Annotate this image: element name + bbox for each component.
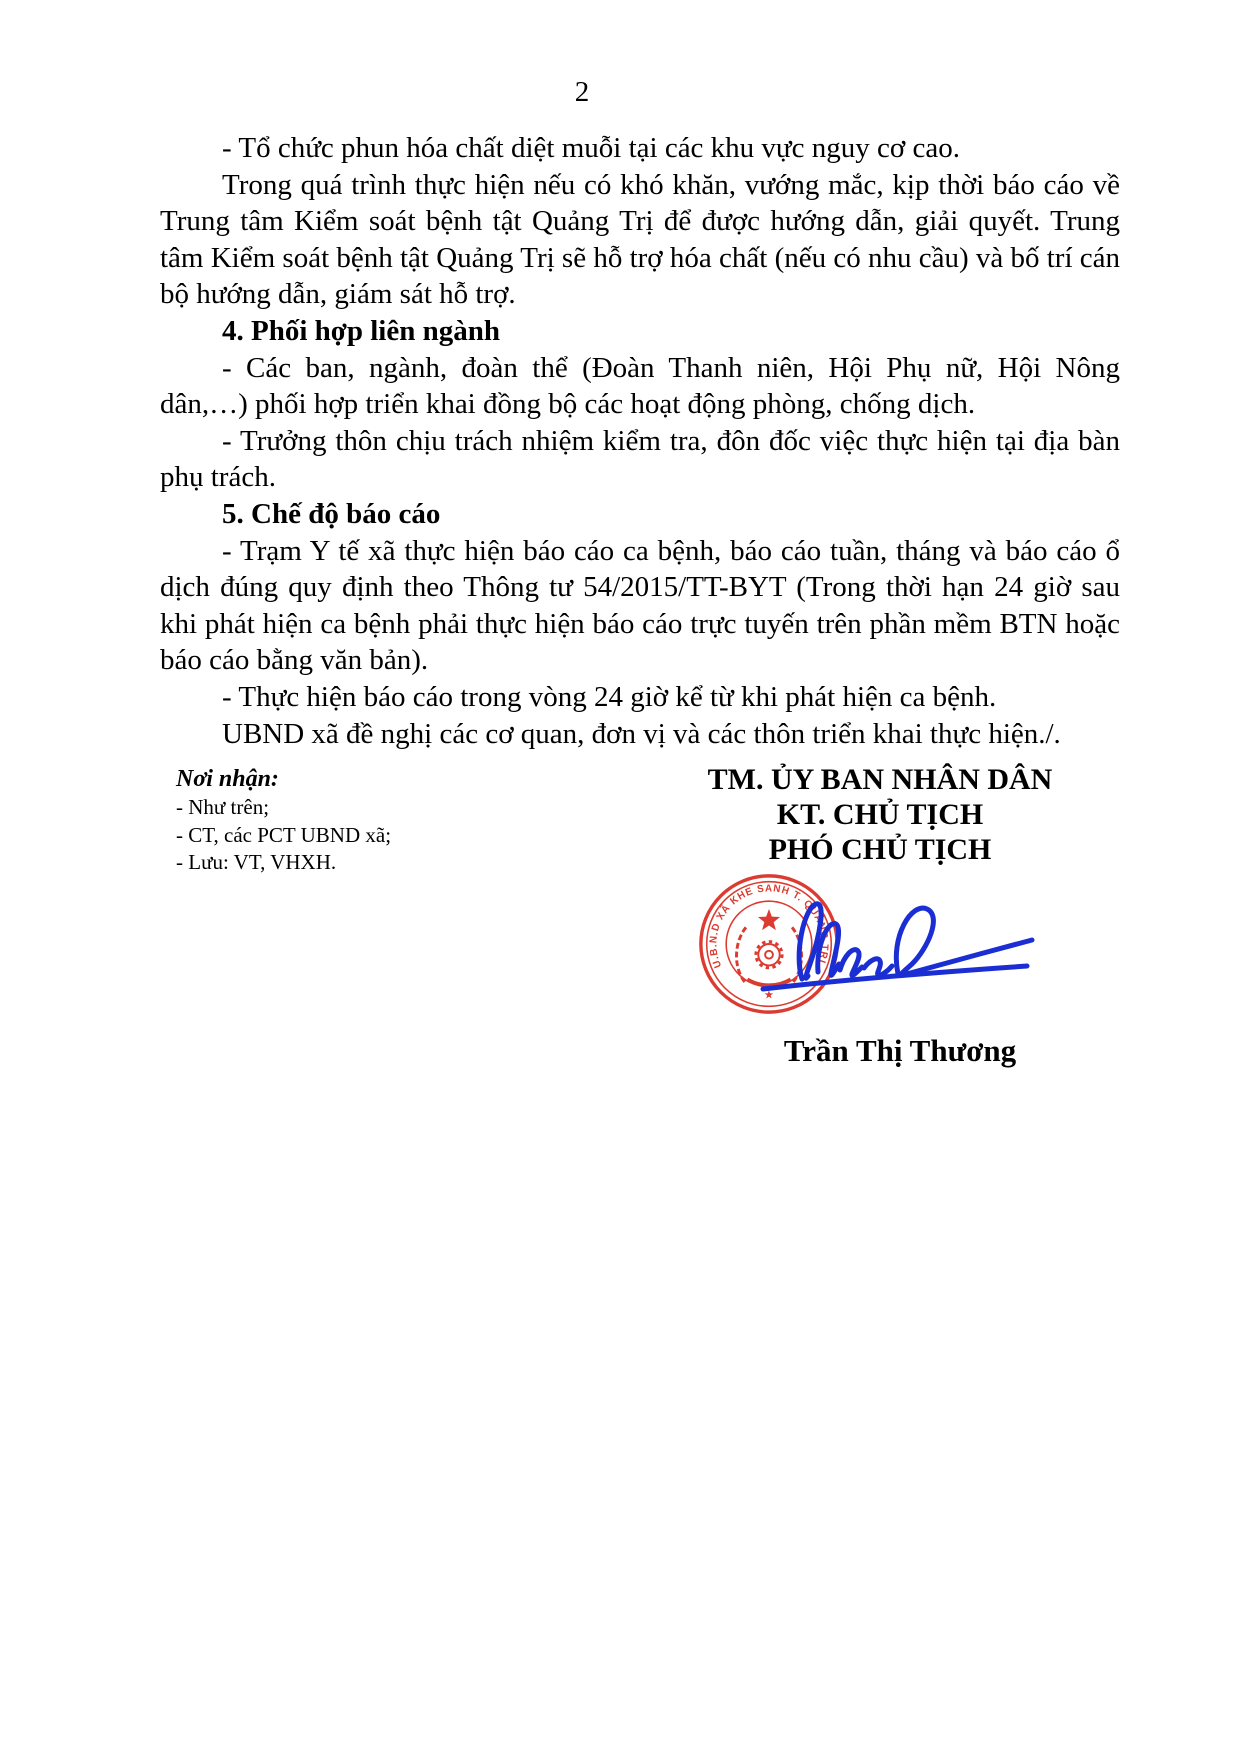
- paragraph: - Trạm Y tế xã thực hiện báo cáo ca bệnh…: [160, 533, 1120, 679]
- signature-heading-line1: TM. ỦY BAN NHÂN DÂN: [660, 762, 1100, 797]
- recipient-item: - Lưu: VT, VHXH.: [176, 849, 606, 877]
- signature-heading: TM. ỦY BAN NHÂN DÂN KT. CHỦ TỊCH PHÓ CHỦ…: [660, 762, 1100, 867]
- paragraph: - Thực hiện báo cáo trong vòng 24 giờ kể…: [160, 679, 1120, 716]
- signature-stroke: [840, 950, 862, 976]
- paragraph: UBND xã đề nghị các cơ quan, đơn vị và c…: [160, 716, 1120, 753]
- paragraph: - Trưởng thôn chịu trách nhiệm kiểm tra,…: [160, 423, 1120, 496]
- paragraph: - Tổ chức phun hóa chất diệt muỗi tại cá…: [160, 130, 1120, 167]
- recipient-item: - Như trên;: [176, 794, 606, 822]
- recipients-title: Nơi nhận:: [176, 764, 606, 794]
- signature-heading-line3: PHÓ CHỦ TỊCH: [660, 832, 1100, 867]
- recipients-block: Nơi nhận: - Như trên; - CT, các PCT UBND…: [176, 764, 606, 877]
- page-number: 2: [0, 74, 1164, 111]
- signature-stroke: [864, 959, 892, 976]
- recipient-item: - CT, các PCT UBND xã;: [176, 822, 606, 850]
- section-heading: 4. Phối hợp liên ngành: [160, 313, 1120, 350]
- section-heading: 5. Chế độ báo cáo: [160, 496, 1120, 533]
- document-body: - Tổ chức phun hóa chất diệt muỗi tại cá…: [160, 130, 1120, 752]
- paragraph: - Các ban, ngành, đoàn thể (Đoàn Thanh n…: [160, 350, 1120, 423]
- paragraph: Trong quá trình thực hiện nếu có khó khă…: [160, 167, 1120, 313]
- signature-heading-line2: KT. CHỦ TỊCH: [660, 797, 1100, 832]
- signer-name: Trần Thị Thương: [680, 1032, 1120, 1070]
- document-page: 2 - Tổ chức phun hóa chất diệt muỗi tại …: [0, 0, 1241, 1755]
- handwritten-signature: [740, 876, 1045, 1001]
